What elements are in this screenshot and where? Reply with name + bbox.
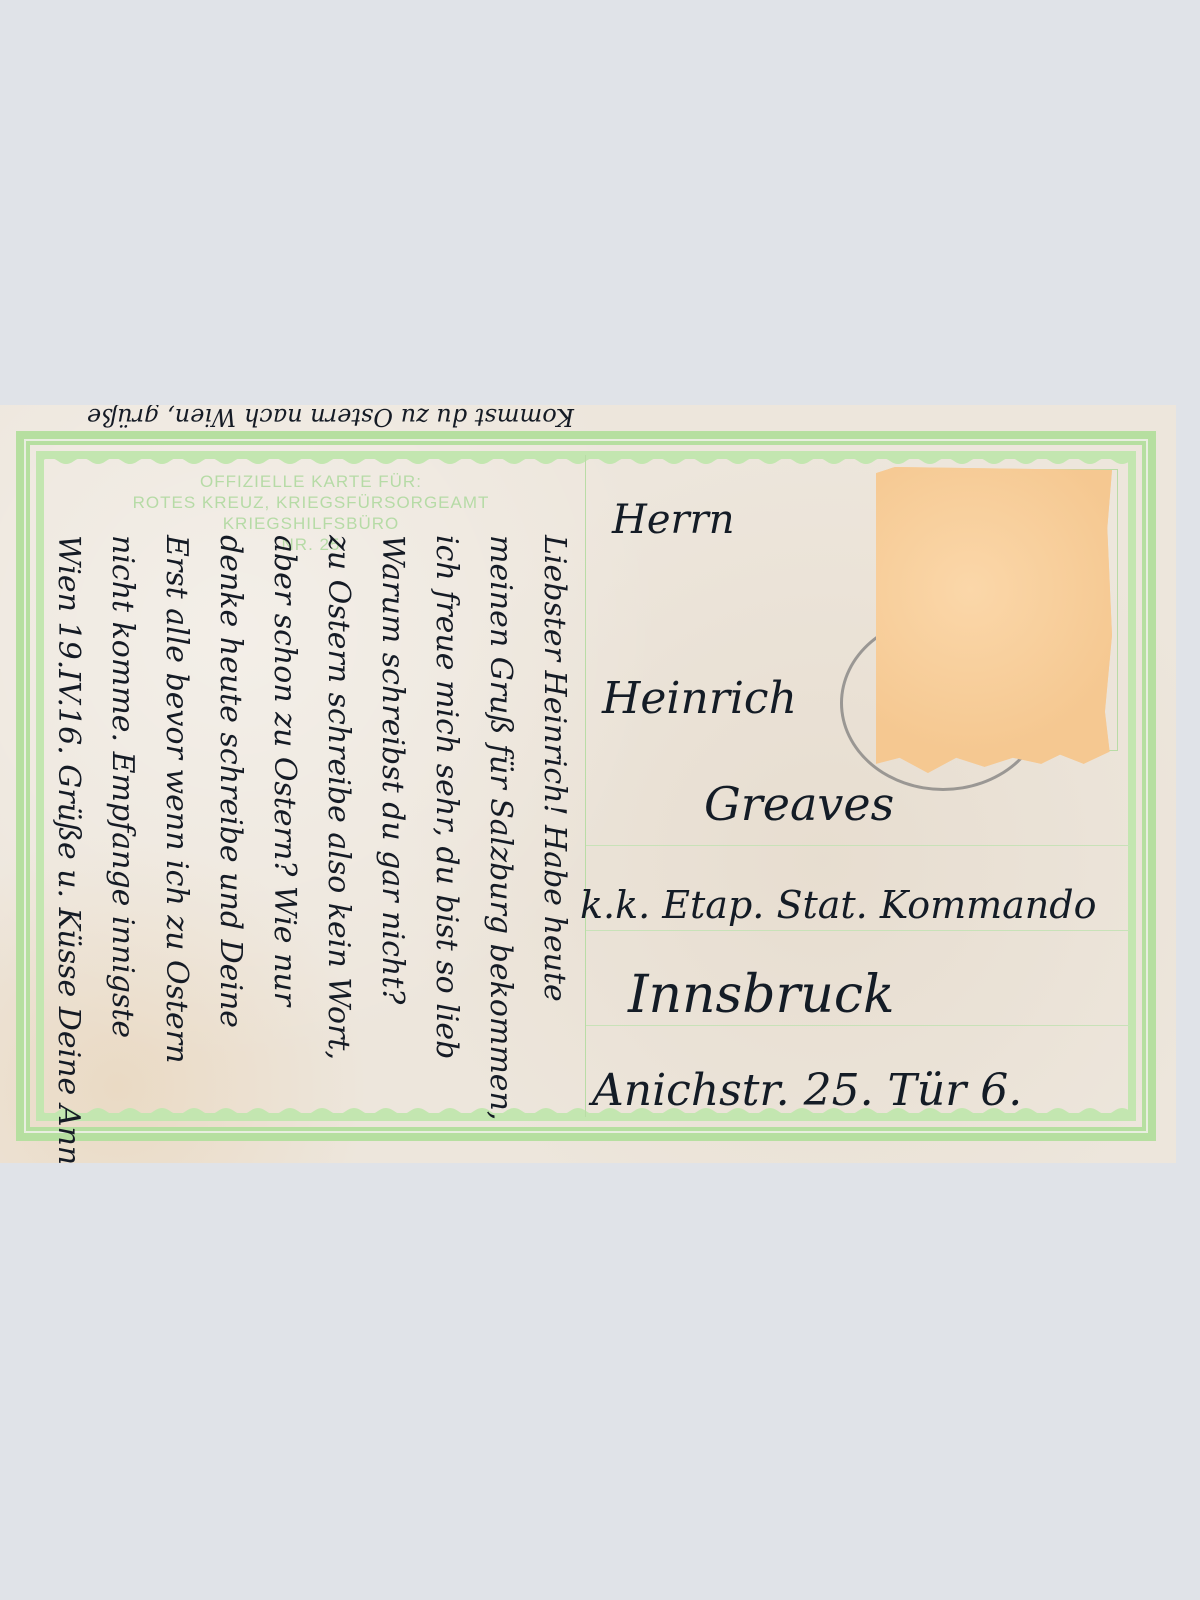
message-line: denke heute schreibe und Deine bbox=[213, 535, 248, 1028]
message-line: meinen Gruß für Salzburg bekommen, bbox=[483, 535, 518, 1120]
message-line: Wien 19.IV.16. Grüße u. Küsse Deine Anny bbox=[51, 535, 86, 1163]
address-city: Innsbruck bbox=[628, 965, 894, 1025]
printed-header-line-3: KRIEGSHILFSBÜRO bbox=[36, 513, 586, 534]
address-rule-3 bbox=[586, 1025, 1130, 1026]
address-rule-1 bbox=[586, 845, 1130, 846]
message-line: ich freue mich sehr, du bist so lieb bbox=[429, 535, 464, 1059]
address-first-name: Heinrich bbox=[602, 673, 797, 724]
postcard: OFFIZIELLE KARTE FÜR: ROTES KREUZ, KRIEG… bbox=[0, 405, 1176, 1163]
address-salutation: Herrn bbox=[612, 497, 735, 543]
address-rule-2 bbox=[586, 930, 1130, 931]
stamp-remnant bbox=[876, 467, 1112, 773]
address-last-name: Greaves bbox=[704, 777, 894, 831]
message-line: Erst alle bevor wenn ich zu Ostern bbox=[159, 535, 194, 1063]
top-edge-note: Kommst du zu Ostern nach Wien, grüße bbox=[87, 405, 574, 431]
message-line: Warum schreibst du gar nicht? bbox=[375, 535, 410, 1004]
message-line: zu Ostern schreibe also kein Wort, bbox=[321, 535, 356, 1060]
address-unit: k.k. Etap. Stat. Kommando bbox=[580, 883, 1096, 927]
message-line: Liebster Heinrich! Habe heute bbox=[537, 535, 572, 1002]
printed-header-line-2: ROTES KREUZ, KRIEGSFÜRSORGEAMT bbox=[36, 492, 586, 513]
message-line: aber schon zu Ostern? Wie nur bbox=[267, 535, 302, 1006]
message-line: nicht komme. Empfange innigste bbox=[105, 535, 140, 1038]
address-street: Anichstr. 25. Tür 6. bbox=[592, 1065, 1022, 1116]
printed-header-line-1: OFFIZIELLE KARTE FÜR: bbox=[36, 471, 586, 492]
